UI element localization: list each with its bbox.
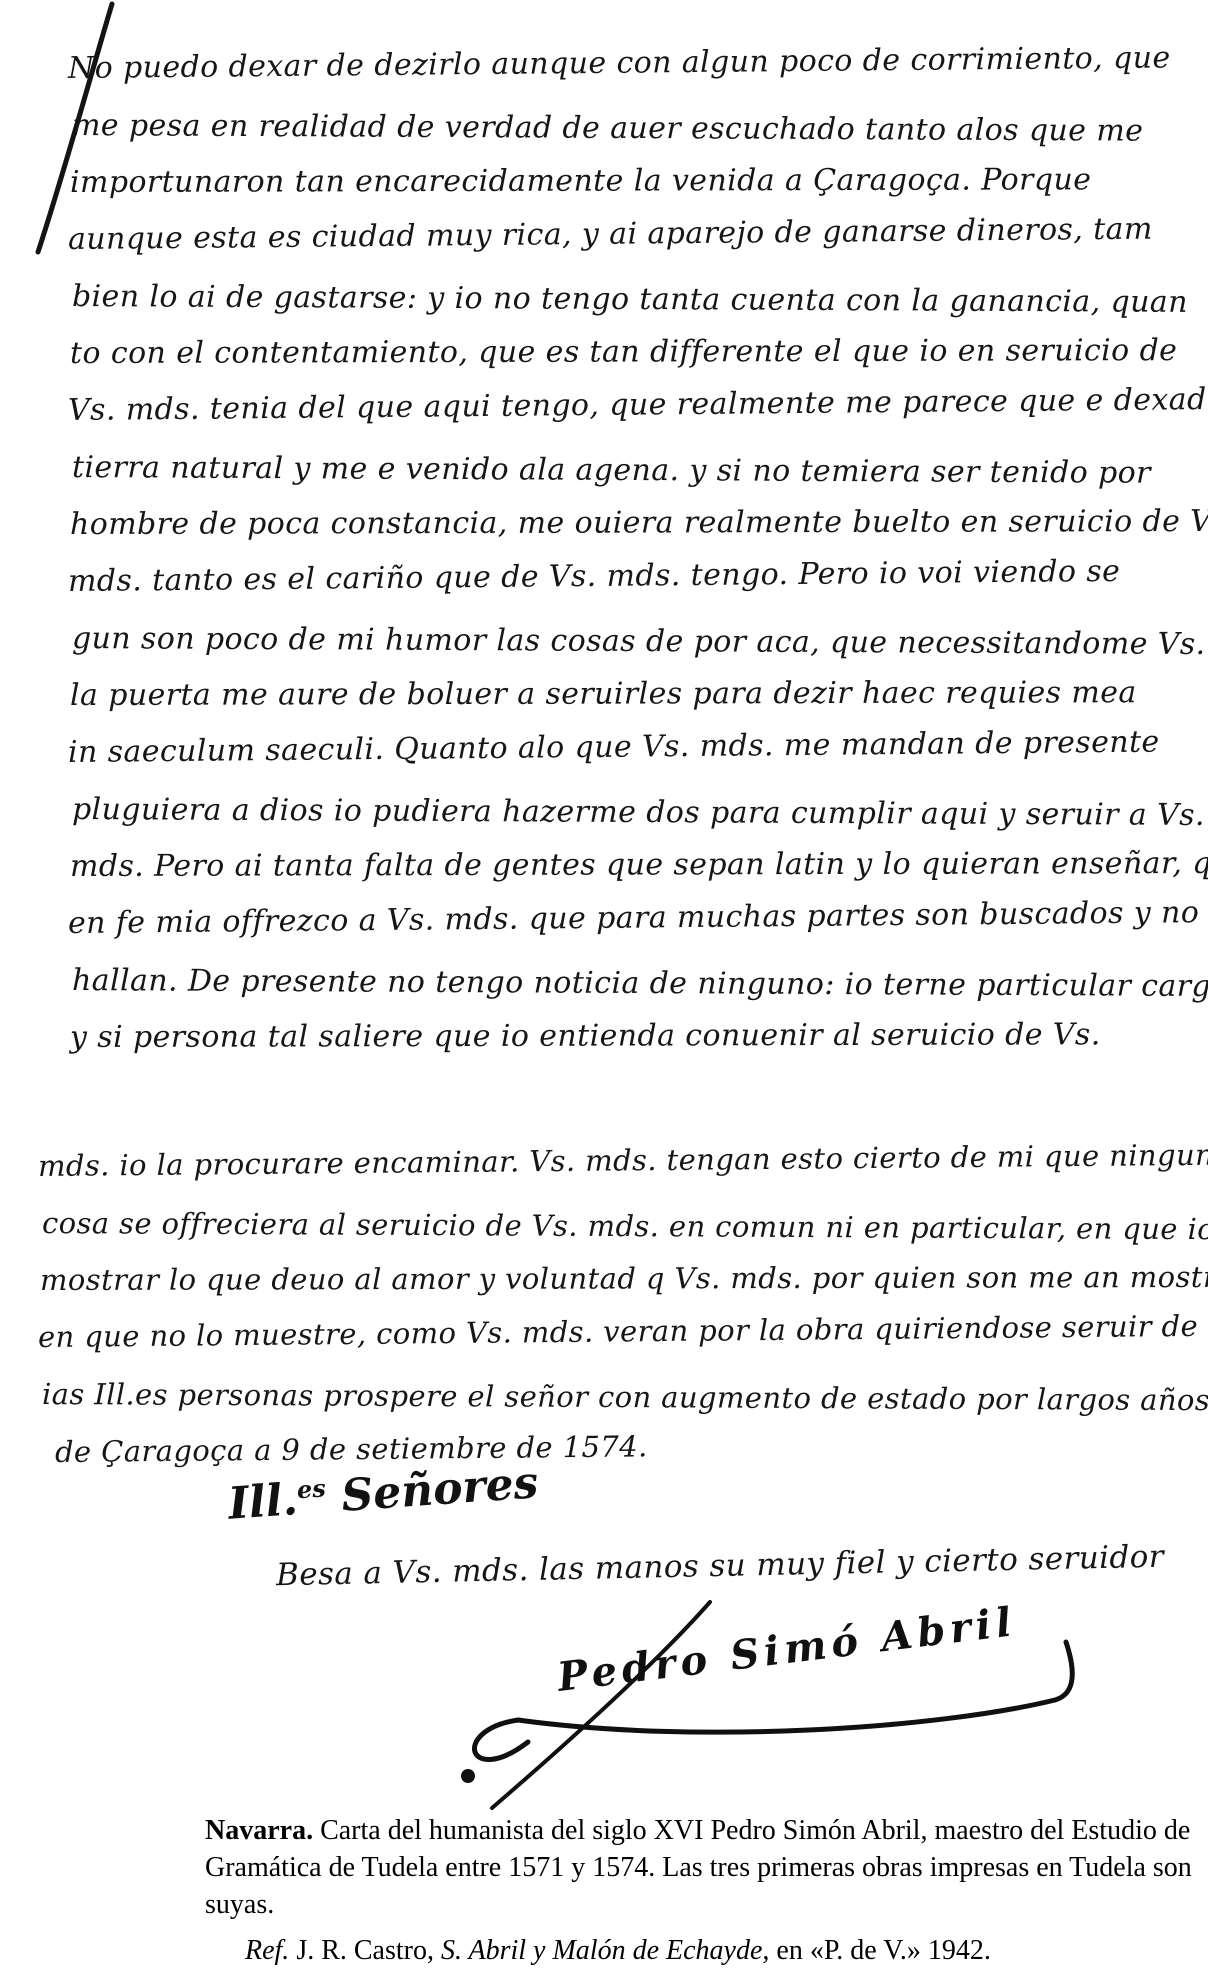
handwritten-line: Vs. mds. tenia del que aqui tengo, que r…: [68, 370, 1208, 439]
caption-text: Navarra. Carta del humanista del siglo X…: [205, 1812, 1205, 1923]
handwritten-line: in saeculum saeculi. Quanto alo que Vs. …: [68, 712, 1208, 781]
handwritten-line: y si persona tal saliere que io entienda…: [70, 1006, 1208, 1066]
handwritten-line: en fe mia offrezco a Vs. mds. que para m…: [68, 883, 1208, 952]
letter-paragraph-2: mds. io la procurare encaminar. Vs. mds.…: [38, 1138, 1208, 1423]
caption-reference: Ref. J. R. Castro, S. Abril y Malón de E…: [205, 1932, 1205, 1969]
handwritten-line: aunque esta es ciudad muy rica, y ai apa…: [68, 199, 1208, 268]
handwritten-line: mds. io la procurare encaminar. Vs. mds.…: [38, 1125, 1208, 1195]
handwritten-line: en que no lo muestre, como Vs. mds. vera…: [38, 1296, 1208, 1366]
ref-tail: en «P. de V.» 1942.: [769, 1935, 990, 1966]
closing-abbr: Ill.: [227, 1474, 300, 1530]
signature-flourish: [400, 1590, 1100, 1820]
ref-label: Ref.: [245, 1935, 289, 1966]
ref-title: S. Abril y Malón de Echayde,: [441, 1935, 769, 1966]
scanned-letter-page: No puedo dexar de dezirlo aunque con alg…: [0, 0, 1208, 1980]
caption-region-label: Navarra.: [205, 1815, 313, 1846]
ref-author: J. R. Castro,: [289, 1935, 441, 1966]
handwritten-line: No puedo dexar de dezirlo aunque con alg…: [68, 28, 1208, 97]
caption-body: Carta del humanista del siglo XVI Pedro …: [205, 1815, 1192, 1920]
ink-dot: [461, 1769, 475, 1783]
printed-caption: Navarra. Carta del humanista del siglo X…: [205, 1812, 1205, 1969]
letter-paragraph-1: No puedo dexar de dezirlo aunque con alg…: [68, 40, 1208, 1066]
letter-valediction: Besa a Vs. mds. las manos su muy fiel y …: [276, 1539, 1165, 1594]
handwritten-line: mds. tanto es el cariño que de Vs. mds. …: [68, 541, 1208, 610]
closing-superscript: es: [296, 1473, 327, 1504]
